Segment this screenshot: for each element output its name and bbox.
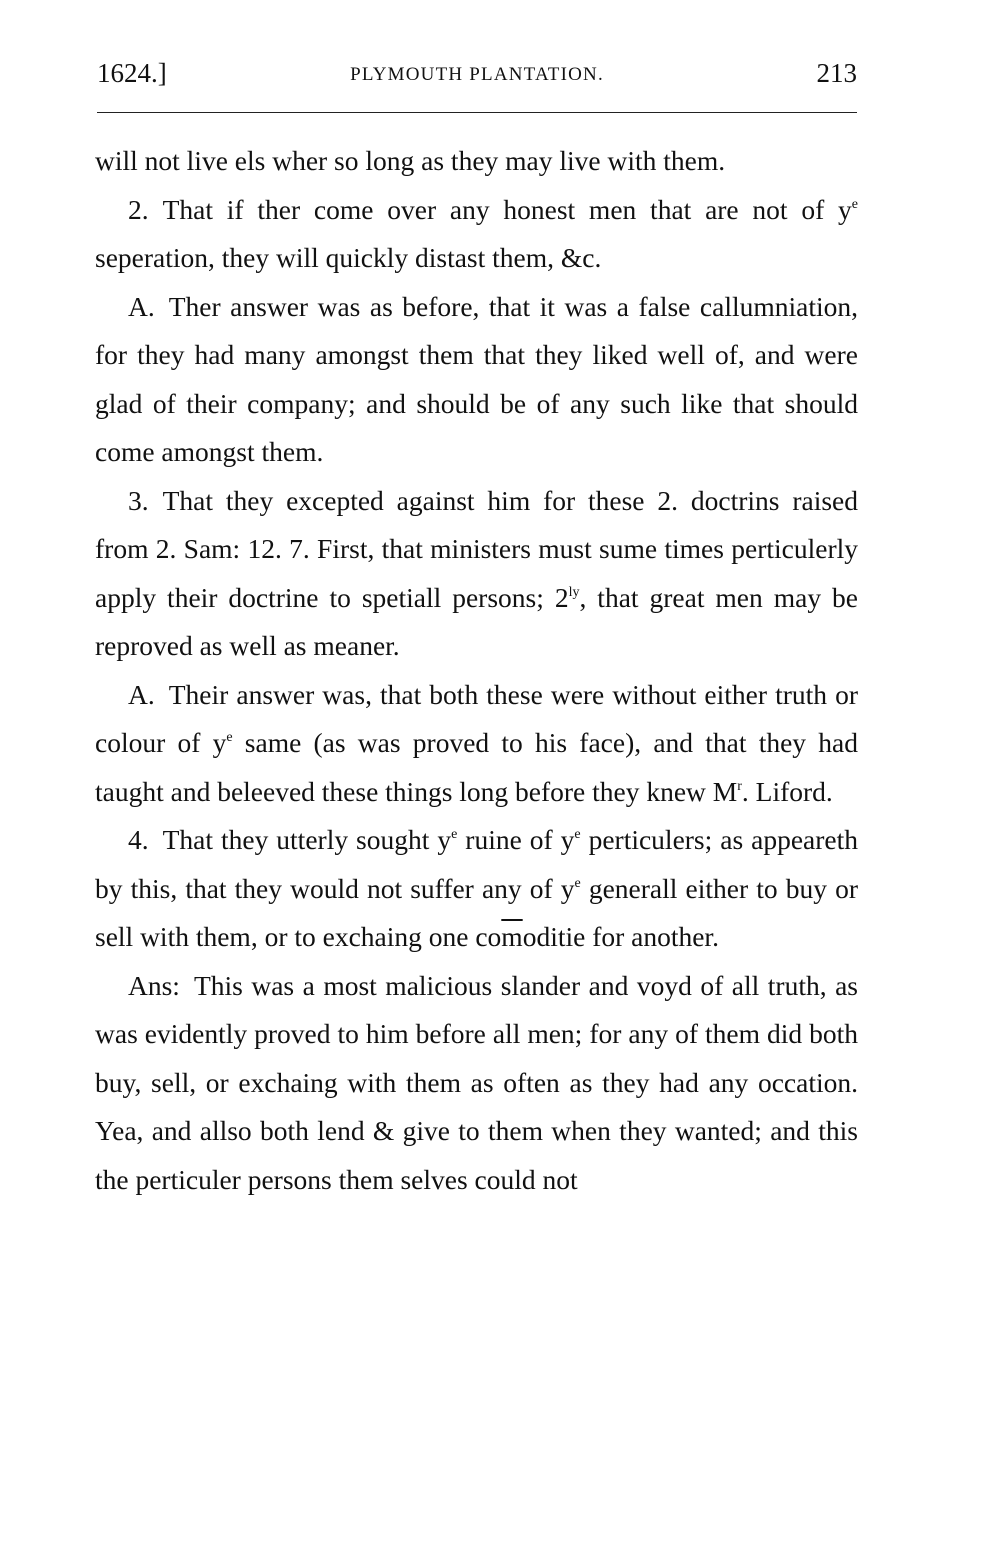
paragraph-number: 3. — [128, 485, 149, 516]
paragraph-continuation: will not live els wher so long as they m… — [95, 137, 858, 186]
header-rule — [97, 112, 857, 113]
superscript: e — [852, 197, 858, 212]
paragraph-answer-2: A.Ther answer was as before, that it was… — [95, 283, 858, 477]
answer-label: A. — [128, 291, 155, 322]
superscript: ly — [569, 585, 580, 600]
paragraph-text: Ther answer was as before, that it was a… — [95, 291, 858, 468]
paragraph-text: That they utterly sought y — [163, 824, 451, 855]
paragraph-text: That if ther come over any honest men th… — [163, 194, 852, 225]
page-number: 213 — [817, 58, 858, 89]
header-title: PLYMOUTH PLANTATION. — [97, 64, 857, 86]
answer-label: A. — [128, 679, 155, 710]
answer-label: Ans: — [128, 970, 180, 1001]
paragraph-text: ruine of y — [457, 824, 574, 855]
paragraph-text: will not live els wher so long as they m… — [95, 145, 725, 176]
paragraph-answer-3: A.Their answer was, that both these were… — [95, 671, 858, 817]
running-header: 1624.] PLYMOUTH PLANTATION. 213 — [97, 58, 857, 98]
macron-letter: m — [501, 921, 522, 952]
paragraph-charge-4: 4.That they utterly sought ye ruine of y… — [95, 816, 858, 962]
page-body: will not live els wher so long as they m… — [95, 137, 858, 1204]
paragraph-charge-3: 3.That they excepted against him for the… — [95, 477, 858, 671]
paragraph-charge-2: 2.That if ther come over any honest men … — [95, 186, 858, 283]
paragraph-text: seperation, they will quickly distast th… — [95, 242, 601, 273]
paragraph-answer-4: Ans:This was a most malicious slander an… — [95, 962, 858, 1205]
paragraph-number: 4. — [128, 824, 149, 855]
paragraph-text: This was a most malicious slander and vo… — [95, 970, 858, 1195]
paragraph-text: oditie for another. — [523, 921, 719, 952]
paragraph-number: 2. — [128, 194, 149, 225]
paragraph-text: . Liford. — [742, 776, 833, 807]
